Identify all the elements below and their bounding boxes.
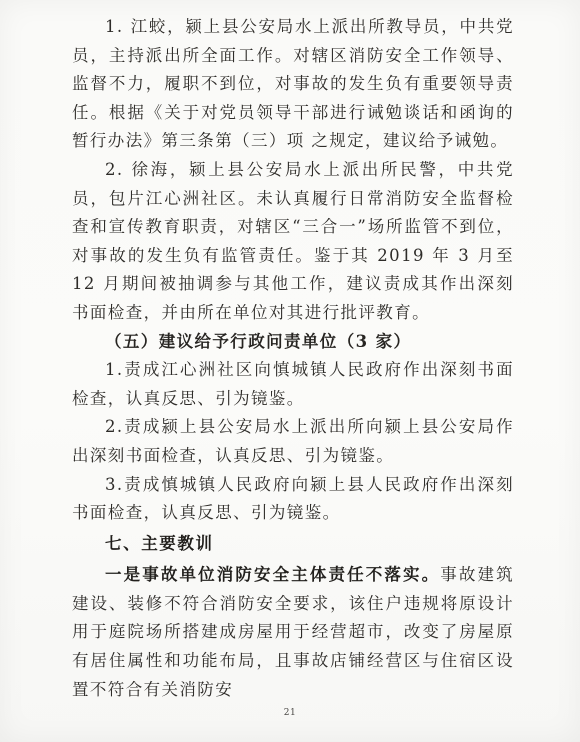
paragraph-responsibility-person-1: 1. 江蛟，颍上县公安局水上派出所教导员，中共党员，主持派出所全面工作。对辖区消… <box>72 13 514 156</box>
paragraph-accountability-unit-3: 3.责成慎城镇人民政府向颍上县人民政府作出深刻书面检查，认真反思、引为镜鉴。 <box>72 471 514 528</box>
section-subheading-accountability-units: （五）建议给予行政问责单位（3 家） <box>72 328 514 357</box>
document-page: 1. 江蛟，颍上县公安局水上派出所教导员，中共党员，主持派出所全面工作。对辖区消… <box>0 0 580 742</box>
lesson-lead-sentence: 一是事故单位消防安全主体责任不落实。 <box>105 565 440 584</box>
page-number: 21 <box>0 708 580 718</box>
paragraph-accountability-unit-1: 1.责成江心洲社区向慎城镇人民政府作出深刻书面检查，认真反思、引为镜鉴。 <box>72 356 514 413</box>
paragraph-lesson-1: 一是事故单位消防安全主体责任不落实。事故建筑建设、装修不符合消防安全要求，该住户… <box>72 561 514 704</box>
paragraph-responsibility-person-2: 2. 徐海，颍上县公安局水上派出所民警，中共党员，包片江心洲社区。未认真履行日常… <box>72 156 514 328</box>
document-body: 1. 江蛟，颍上县公安局水上派出所教导员，中共党员，主持派出所全面工作。对辖区消… <box>72 13 514 704</box>
section-heading-main-lessons: 七、主要教训 <box>72 530 514 559</box>
paragraph-accountability-unit-2: 2.责成颍上县公安局水上派出所向颍上县公安局作出深刻书面检查，认真反思、引为镜鉴… <box>72 413 514 470</box>
lesson-body-text: 事故建筑建设、装修不符合消防安全要求，该住户违规将原设计用于庭院场所搭建成房屋用… <box>72 565 514 698</box>
